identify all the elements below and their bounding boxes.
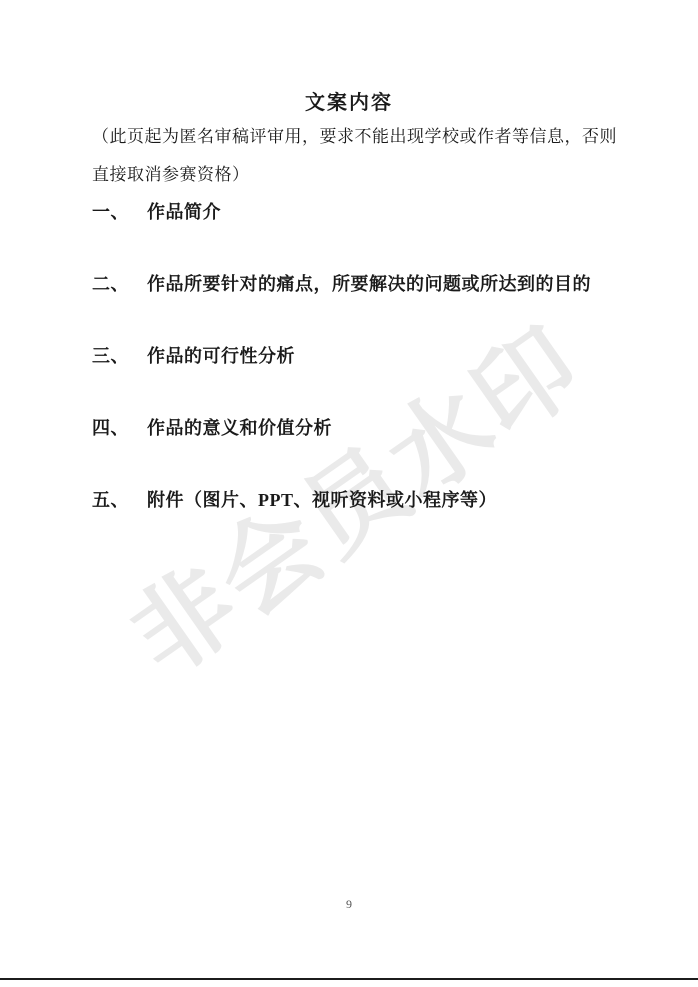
- list-item-3-number: 三、: [92, 344, 147, 369]
- page-number: 9: [0, 897, 698, 912]
- list-item-1: 一、 作品简介: [92, 200, 221, 225]
- document-page: 非会员水印 文案内容 （此页起为匿名审稿评审用，要求不能出现学校或作者等信息，否…: [0, 0, 698, 987]
- list-item-1-text: 作品简介: [147, 200, 221, 225]
- list-item-4: 四、 作品的意义和价值分析: [92, 416, 332, 441]
- list-item-5-text: 附件（图片、PPT、视听资料或小程序等）: [147, 488, 497, 513]
- bottom-divider: [0, 978, 698, 980]
- page-title: 文案内容: [0, 86, 698, 115]
- anonymity-notice-line-1: （此页起为匿名审稿评审用，要求不能出现学校或作者等信息，否则: [92, 125, 617, 149]
- anonymity-notice-line-2: 直接取消参赛资格）: [92, 163, 250, 187]
- list-item-4-number: 四、: [92, 416, 147, 441]
- list-item-3: 三、 作品的可行性分析: [92, 344, 295, 369]
- list-item-5-number: 五、: [92, 488, 147, 513]
- list-item-2-text: 作品所要针对的痛点，所要解决的问题或所达到的目的: [147, 272, 591, 297]
- list-item-4-text: 作品的意义和价值分析: [147, 416, 332, 441]
- list-item-3-text: 作品的可行性分析: [147, 344, 295, 369]
- list-item-2: 二、 作品所要针对的痛点，所要解决的问题或所达到的目的: [92, 272, 591, 297]
- list-item-2-number: 二、: [92, 272, 147, 297]
- list-item-1-number: 一、: [92, 200, 147, 225]
- list-item-5: 五、 附件（图片、PPT、视听资料或小程序等）: [92, 488, 497, 513]
